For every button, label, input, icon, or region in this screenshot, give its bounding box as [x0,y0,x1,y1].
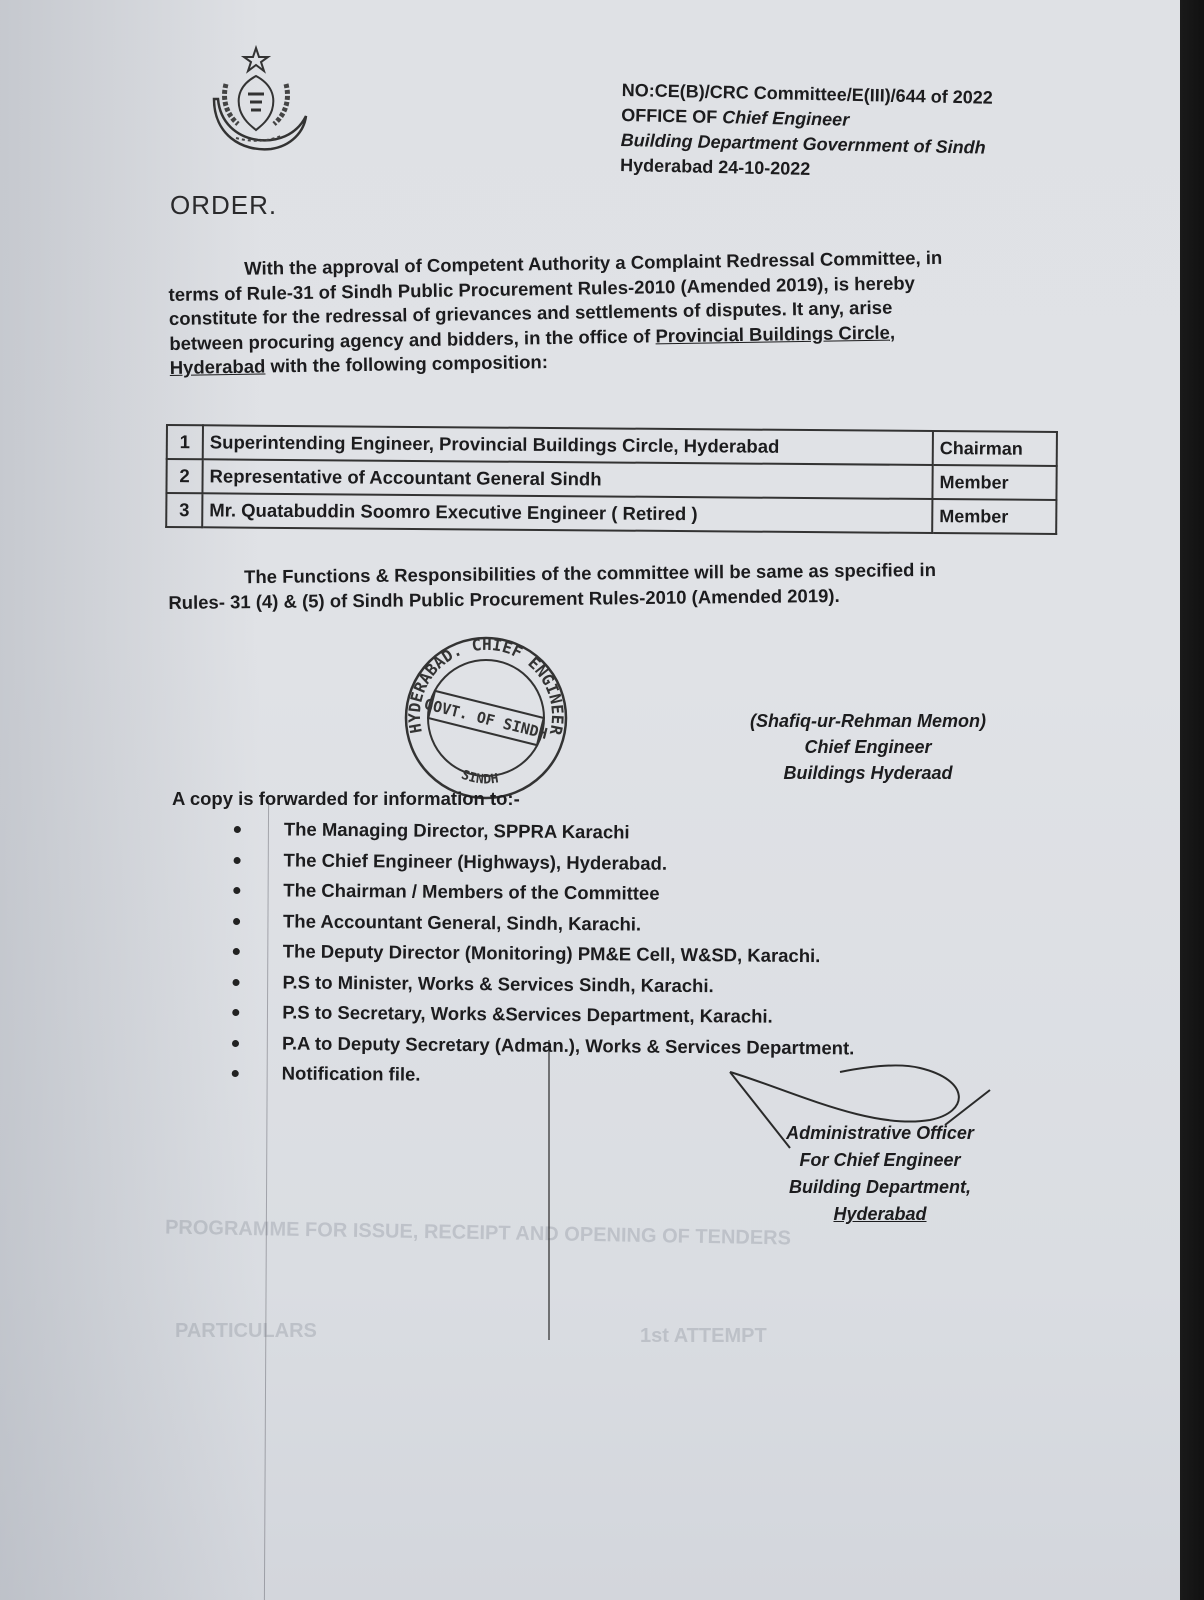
bullet-icon [233,918,240,925]
bullet-icon [232,1070,239,1077]
letter-header: NO:CE(B)/CRC Committee/E(III)/644 of 202… [620,78,993,186]
recipient-name: P.A to Deputy Secretary (Adman.), Works … [282,1032,854,1058]
bullet-icon [232,1009,239,1016]
bullet-icon [233,948,240,955]
recipient-name: P.S to Minister, Works & Services Sindh,… [282,971,713,996]
recipient-name: P.S to Secretary, Works &Services Depart… [282,1001,773,1026]
table-row: 3Mr. Quatabuddin Soomro Executive Engine… [166,493,1056,534]
functions-paragraph: The Functions & Responsibilities of the … [168,557,1028,615]
office-city: Hyderabad [170,355,266,377]
office-location: Provincial Buildings Circle, [655,321,895,346]
svg-text:SINDH: SINDH [459,768,499,788]
member-name: Mr. Quatabuddin Soomro Executive Enginee… [202,493,932,533]
order-title: ORDER. [170,190,277,221]
order-paragraph: With the approval of Competent Authority… [168,244,1030,380]
bullet-icon [234,857,241,864]
member-name: Superintending Engineer, Provincial Buil… [203,425,933,465]
member-role: Member [932,465,1056,500]
committee-composition-table: 1Superintending Engineer, Provincial Bui… [165,424,1058,535]
bullet-icon [233,979,240,986]
stamp-bottom-text: SINDH [459,768,499,788]
recipient-list: The Managing Director, SPPRA KarachiThe … [230,814,857,1094]
countersign-department: Building Department, [770,1174,990,1201]
row-number: 3 [166,493,202,527]
recipient-name: The Managing Director, SPPRA Karachi [284,818,630,842]
countersign-designation: Administrative Officer [770,1120,990,1147]
member-name: Representative of Accountant General Sin… [202,459,932,499]
government-of-sindh-crest-icon [196,44,316,159]
countersign-for: For Chief Engineer [770,1147,990,1174]
countersign-block: Administrative Officer For Chief Enginee… [770,1120,990,1228]
stamp-inner-text: GOVT. OF SINDH [422,695,549,743]
member-role: Chairman [933,431,1057,466]
bullet-icon [233,887,240,894]
recipient-name: The Chief Engineer (Highways), Hyderabad… [284,849,668,873]
bullet-icon [232,1040,239,1047]
countersign-place: Hyderabad [770,1201,990,1228]
copy-forwarded-title: A copy is forwarded for information to:- [172,788,520,810]
row-number: 2 [166,459,202,493]
recipient-name: The Deputy Director (Monitoring) PM&E Ce… [283,940,821,966]
row-number: 1 [167,425,203,459]
recipient-name: Notification file. [282,1062,421,1084]
signatory-office: Buildings Hyderaad [730,760,1006,786]
bullet-icon [234,826,241,833]
signatory-block: (Shafiq-ur-Rehman Memon) Chief Engineer … [730,708,1006,786]
signatory-name: (Shafiq-ur-Rehman Memon) [730,708,1006,734]
member-role: Member [932,499,1056,534]
signatory-designation: Chief Engineer [730,734,1006,760]
office-name: Chief Engineer [722,107,849,130]
text: with the following composition: [265,351,548,376]
recipient-name: The Accountant General, Sindh, Karachi. [283,910,641,934]
official-stamp: HYDERABAD. CHIEF ENGINEER SINDH GOVT. OF… [400,632,572,804]
office-prefix: OFFICE OF [621,105,722,127]
recipient-name: The Chairman / Members of the Committee [283,879,659,903]
